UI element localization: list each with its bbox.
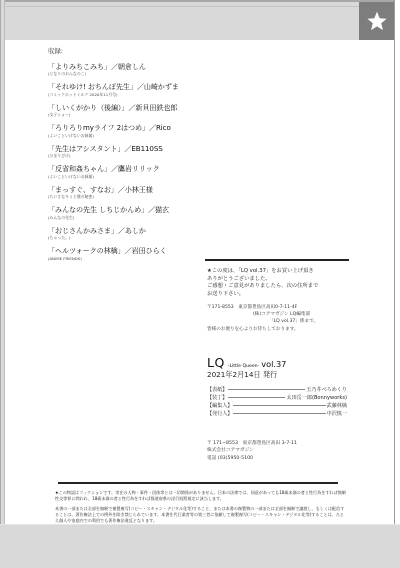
- toolbar-line: [6, 6, 390, 7]
- list-item: 「みんなの先生 しちじかんめ」／猫玄(みんなの先生): [48, 206, 198, 220]
- entry-source: (コミックホットミルク 2020年11月号): [48, 93, 198, 98]
- address-attn: 「LQ vol.37」係まで。: [207, 318, 347, 325]
- credit-role: 【表紙】: [207, 386, 227, 393]
- reader-note: ★この度は、「LQ vol.37」をお買い上げ頂き ありがとうございました。 ご…: [207, 268, 347, 298]
- credit-role: 【編集人】: [207, 402, 232, 409]
- bottom-toolbar: [0, 524, 400, 568]
- address-dept: (株)コアマガジン LQ編集部: [207, 311, 347, 318]
- publication-date: 2021年2月14日 発行: [207, 370, 277, 380]
- bookmark-button[interactable]: [359, 2, 394, 40]
- entry-title: 「ヘルツォークの林檎」／岩田ひらく: [48, 247, 198, 256]
- leader-line: [233, 413, 325, 414]
- leader-line: [228, 389, 305, 390]
- leader-line: [233, 405, 325, 406]
- editorial-address: 〒171-8553 東京都豊島区高田0-7-11-4F (株)コアマガジン LQ…: [207, 304, 347, 333]
- note-line: ★この度は、「LQ vol.37」をお買い上げ頂き: [207, 268, 347, 276]
- entry-title: 「ろりろりmyライフ 2はつめ」／Rico: [48, 124, 198, 133]
- list-item: 「それゆけ! おちんぽ先生」／山崎かずま(コミックホットミルク 2020年11月…: [48, 83, 198, 97]
- divider: [58, 482, 338, 484]
- list-item: 「ろりろりmyライフ 2はつめ」／Rico(よいこといけないお姉属): [48, 124, 198, 138]
- magazine-volume: vol.37: [261, 359, 286, 369]
- magazine-subtitle: -Little Queen-: [228, 364, 259, 369]
- address-postal: 〒171-8553 東京都豊島区高田0-7-11-4F: [207, 304, 347, 311]
- entry-title: 「それゆけ! おちんぽ先生」／山崎かずま: [48, 83, 198, 92]
- credit-name: 中沢慎一: [327, 410, 347, 417]
- entry-title: 「みんなの先生 しちじかんめ」／猫玄: [48, 206, 198, 215]
- entry-source: (ひまりびけ): [48, 154, 198, 159]
- note-line: ご感想・ご意見がありましたら、次の住所まで: [207, 283, 347, 291]
- credit-name: 太田岳一郎(Bonnyworks): [286, 394, 347, 401]
- list-item: 「先生はアシスタント」／EB110SS(ひまりびけ): [48, 145, 198, 159]
- entry-source: (女子ショー): [48, 113, 198, 118]
- entry-source: (みんなの先生): [48, 216, 198, 221]
- credit-row: 【発行人】中沢慎一: [207, 409, 347, 417]
- credit-name: 玉乃井べろめくり: [306, 386, 347, 393]
- list-item: 「おじさんかみさま」／あしか(ちゃった。): [48, 227, 198, 241]
- list-item: 「ヘルツォークの林檎」／岩田ひらく(ANIME FRIENDS): [48, 247, 198, 261]
- right-scrollbar[interactable]: [394, 0, 400, 568]
- entry-source: (ちいさなキミと僕の秘密): [48, 195, 198, 200]
- list-item: 「反省和姦ちゃん」／鷹岩リリック(よいこといけないお姉属): [48, 165, 198, 179]
- entry-title: 「まっすぐ、すなお」／小林王様: [48, 186, 198, 195]
- credit-role: 【発行人】: [207, 410, 232, 417]
- publisher-company: 株式会社コアマガジン: [207, 447, 297, 454]
- address-thanks: 皆様のお便りを心よりお待ちしております。: [207, 326, 347, 333]
- disclaimer-paragraph: 本書の一部または全部を無断で複製複写(コピー・スキャン・デジタル化等)すること、…: [55, 506, 347, 524]
- entry-source: (よいこといけないお姉属): [48, 134, 198, 139]
- entry-title: 「反省和姦ちゃん」／鷹岩リリック: [48, 165, 198, 174]
- credit-row: 【編集人】武藤林檎: [207, 401, 347, 409]
- credit-role: 【装丁】: [207, 394, 227, 401]
- entry-title: 「よりみちこみち」／朝倉しん: [48, 63, 198, 72]
- divider: [205, 259, 349, 261]
- publisher-info: 〒 171−8553 東京都豊島区高田 3-7-11 株式会社コアマガジン 電話…: [207, 440, 297, 462]
- credit-row: 【表紙】玉乃井べろめくり: [207, 385, 347, 393]
- entry-source: (よいこといけないお姉属): [48, 175, 198, 180]
- credits-list: 【表紙】玉乃井べろめくり 【装丁】太田岳一郎(Bonnyworks) 【編集人】…: [207, 385, 347, 417]
- disclaimer-paragraph: ★この物語はフィクションです。実在の人物・事件・団体等とは一切関係がありません。…: [55, 490, 347, 502]
- magazine-name: LQ: [207, 355, 225, 370]
- entry-title: 「先生はアシスタント」／EB110SS: [48, 145, 198, 154]
- leader-line: [228, 397, 285, 398]
- entry-source: (となりのおんなのこ): [48, 72, 198, 77]
- legal-disclaimer: ★この物語はフィクションです。実在の人物・事件・団体等とは一切関係がありません。…: [55, 490, 347, 529]
- left-edge: [4, 0, 5, 568]
- left-margin: [0, 0, 5, 568]
- contents-list: 収録: 「よりみちこみち」／朝倉しん(となりのおんなのこ) 「それゆけ! おちん…: [48, 48, 198, 268]
- entry-source: (ANIME FRIENDS): [48, 257, 198, 262]
- publisher-phone: 電話 (03)5950-5100: [207, 455, 297, 462]
- publisher-postal: 〒 171−8553 東京都豊島区高田 3-7-11: [207, 440, 297, 447]
- credit-name: 武藤林檎: [327, 402, 347, 409]
- entry-title: 「しいくがかり（後編）」／新貝田鉄也郎: [48, 104, 198, 113]
- top-toolbar: [0, 0, 400, 40]
- list-item: 「よりみちこみち」／朝倉しん(となりのおんなのこ): [48, 63, 198, 77]
- credit-row: 【装丁】太田岳一郎(Bonnyworks): [207, 393, 347, 401]
- entry-title: 「おじさんかみさま」／あしか: [48, 227, 198, 236]
- contents-heading: 収録:: [48, 48, 198, 56]
- entry-source: (ちゃった。): [48, 236, 198, 241]
- list-item: 「まっすぐ、すなお」／小林王様(ちいさなキミと僕の秘密): [48, 186, 198, 200]
- note-line: お送り下さい。: [207, 291, 347, 299]
- list-item: 「しいくがかり（後編）」／新貝田鉄也郎(女子ショー): [48, 104, 198, 118]
- note-line: ありがとうございました。: [207, 276, 347, 284]
- star-icon: [366, 10, 388, 32]
- magazine-title: LQ-Little Queen-vol.37: [207, 352, 286, 371]
